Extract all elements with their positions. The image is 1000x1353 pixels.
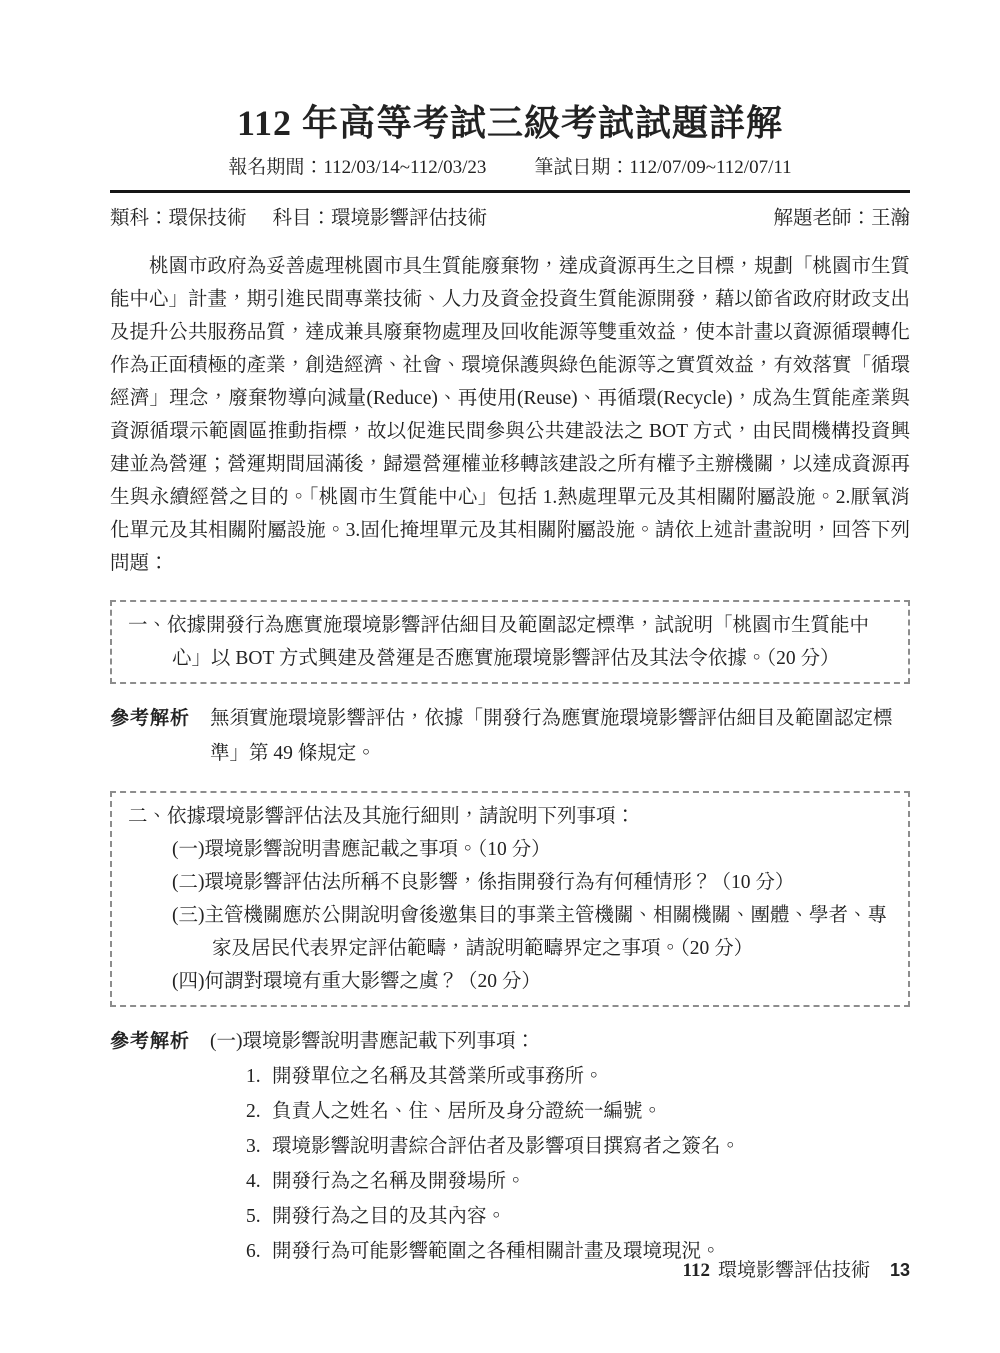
solution2-item-2: 2. 負責人之姓名、住、居所及身分證統一編號。 — [246, 1094, 910, 1129]
question2-item-4: (四)何謂對環境有重大影響之虞？（20 分） — [172, 965, 892, 998]
footer-book-code: 112 — [683, 1260, 710, 1281]
item-number: 3. — [246, 1129, 272, 1164]
intro-paragraph: 桃園市政府為妥善處理桃園市具生質能廢棄物，達成資源再生之目標，規劃「桃園市生質能… — [110, 250, 910, 580]
item-text: 開發單位之名稱及其營業所或事務所。 — [272, 1059, 910, 1094]
item-text: 環境影響說明書綜合評估者及影響項目撰寫者之簽名。 — [272, 1129, 910, 1164]
question2-item-2: (二)環境影響評估法所稱不良影響，係指開發行為有何種情形？（10 分） — [172, 866, 892, 899]
item-text: 負責人之姓名、住、居所及身分證統一編號。 — [272, 1094, 910, 1129]
item-number: 4. — [246, 1164, 272, 1199]
registration-period: 報名期間：112/03/14~112/03/23 — [228, 156, 486, 180]
item-text: 開發行為之目的及其內容。 — [272, 1199, 910, 1234]
meta-left: 類科：環保技術 科目：環境影響評估技術 — [110, 205, 487, 232]
item-number: 5. — [246, 1199, 272, 1234]
item-text: 開發行為之名稱及開發場所。 — [272, 1164, 910, 1199]
page-footer: 112環境影響評估技術13 — [683, 1258, 911, 1283]
footer-page-number: 13 — [890, 1260, 910, 1280]
solution1-section: 參考解析 無須實施環境影響評估，依據「開發行為應實施環境影響評估細目及範圍認定標… — [110, 701, 910, 771]
question2-item-1: (一)環境影響說明書應記載之事項。（10 分） — [172, 833, 892, 866]
exam-solution-page: 112 年高等考試三級考試試題詳解 報名期間：112/03/14~112/03/… — [0, 0, 1000, 1353]
item-number: 6. — [246, 1234, 272, 1269]
solution1-text: 無須實施環境影響評估，依據「開發行為應實施環境影響評估細目及範圍認定標準」第 4… — [210, 701, 910, 771]
footer-subject: 環境影響評估技術 — [718, 1260, 870, 1281]
solution2-item-1: 1. 開發單位之名稱及其營業所或事務所。 — [246, 1059, 910, 1094]
solution2-section: 參考解析 (一)環境影響說明書應記載下列事項： 1. 開發單位之名稱及其營業所或… — [110, 1024, 910, 1269]
solution1-label: 參考解析 — [110, 701, 200, 736]
question1-text: 一、依據開發行為應實施環境影響評估細目及範圍認定標準，試說明「桃園市生質能中心」… — [128, 609, 892, 675]
subject-label: 科目：環境影響評估技術 — [273, 205, 488, 232]
solution2-body: (一)環境影響說明書應記載下列事項： 1. 開發單位之名稱及其營業所或事務所。 … — [210, 1024, 910, 1269]
document-header: 112 年高等考試三級考試試題詳解 報名期間：112/03/14~112/03/… — [110, 102, 910, 232]
page-title: 112 年高等考試三級考試試題詳解 — [110, 102, 910, 144]
question2-box: 二、依據環境影響評估法及其施行細則，請說明下列事項： (一)環境影響說明書應記載… — [110, 791, 910, 1007]
question2-item-3: (三)主管機關應於公開說明會後邀集目的事業主管機關、相關機關、團體、學者、專家及… — [172, 899, 892, 965]
question1-box: 一、依據開發行為應實施環境影響評估細目及範圍認定標準，試說明「桃園市生質能中心」… — [110, 600, 910, 684]
page-content: 112 年高等考試三級考試試題詳解 報名期間：112/03/14~112/03/… — [0, 0, 1000, 1269]
solution2-intro: (一)環境影響說明書應記載下列事項： — [210, 1024, 910, 1059]
category-label: 類科：環保技術 — [110, 205, 247, 232]
solution2-item-5: 5. 開發行為之目的及其內容。 — [246, 1199, 910, 1234]
solution2-item-3: 3. 環境影響說明書綜合評估者及影響項目撰寫者之簽名。 — [246, 1129, 910, 1164]
exam-dates-line: 報名期間：112/03/14~112/03/23 筆試日期：112/07/09~… — [110, 156, 910, 180]
header-divider — [110, 190, 910, 193]
question2-intro: 二、依據環境影響評估法及其施行細則，請說明下列事項： — [128, 800, 892, 833]
teacher-label: 解題老師：王瀚 — [773, 205, 910, 232]
item-number: 2. — [246, 1094, 272, 1129]
solution2-label: 參考解析 — [110, 1024, 200, 1059]
solution2-item-4: 4. 開發行為之名稱及開發場所。 — [246, 1164, 910, 1199]
exam-meta-line: 類科：環保技術 科目：環境影響評估技術 解題老師：王瀚 — [110, 205, 910, 232]
item-number: 1. — [246, 1059, 272, 1094]
written-exam-date: 筆試日期：112/07/09~112/07/11 — [534, 156, 791, 180]
